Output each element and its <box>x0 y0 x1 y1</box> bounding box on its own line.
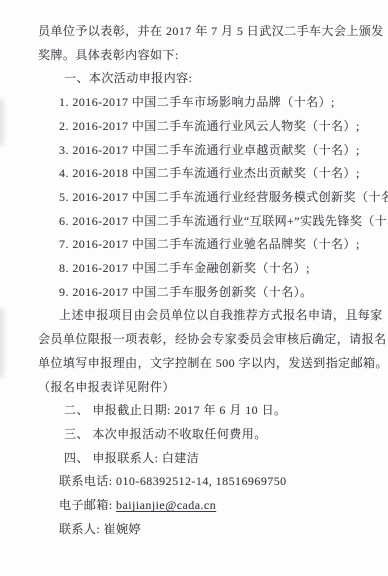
doc-line: 9. 2016-2017 中国二手车服务创新奖（十名）。 <box>38 281 378 305</box>
email-label: 电子邮箱: <box>59 498 116 512</box>
doc-line: 联系电话: 010-68392512-14, 18516969750 <box>38 470 378 494</box>
doc-line: 单位填写申报理由，文字控制在 500 字以内，发送到指定邮箱。 <box>38 352 378 376</box>
doc-line: 四、 申报联系人: 白建洁 <box>38 447 378 471</box>
doc-line: 4. 2016-2018 中国二手车流通行业杰出贡献奖（十名）; <box>38 162 378 186</box>
doc-line: 7. 2016-2017 中国二手车流通行业驰名品牌奖（十名）; <box>38 233 378 257</box>
doc-line: 员单位予以表彰，并在 2017 年 7 月 5 日武汉二手车大会上颁发 <box>38 20 378 44</box>
doc-line: 6. 2016-2017 中国二手车流通行业“互联网+”实践先锋奖（十名）; <box>38 210 378 234</box>
email-address: baijianjie@cada.cn <box>116 498 216 512</box>
doc-line: 上述申报项目由会员单位以自我推荐方式报名申请，且每家 <box>38 304 378 328</box>
document-body: 员单位予以表彰，并在 2017 年 7 月 5 日武汉二手车大会上颁发奖牌。具体… <box>38 20 378 541</box>
scanned-document-page: 员单位予以表彰，并在 2017 年 7 月 5 日武汉二手车大会上颁发奖牌。具体… <box>0 0 388 576</box>
doc-line: 会员单位限报一项表彰，经协会专家委员会审核后确定，请报名 <box>38 328 378 352</box>
doc-line: 三、 本次申报活动不收取任何费用。 <box>38 423 378 447</box>
doc-line: 2. 2016-2017 中国二手车流通行业风云人物奖（十名）; <box>38 115 378 139</box>
doc-line: 8. 2016-2017 中国二手车金融创新奖（十名）; <box>38 257 378 281</box>
doc-line: 一、本次活动申报内容: <box>38 67 378 91</box>
doc-line: 奖牌。具体表彰内容如下: <box>38 44 378 68</box>
doc-line: （报名申报表详见附件） <box>38 376 378 400</box>
doc-line: 3. 2016-2017 中国二手车流通行业卓越贡献奖（十名）; <box>38 139 378 163</box>
doc-line: 联系人: 崔婉婷 <box>38 518 378 542</box>
doc-line: 1. 2016-2017 中国二手车市场影响力品牌（十名）; <box>38 91 378 115</box>
doc-line: 二、 申报截止日期: 2017 年 6 月 10 日。 <box>38 399 378 423</box>
email-line: 电子邮箱: baijianjie@cada.cn <box>38 494 378 518</box>
doc-line: 5. 2016-2017 中国二手车流通行业经营服务模式创新奖（十名）; <box>38 186 378 210</box>
